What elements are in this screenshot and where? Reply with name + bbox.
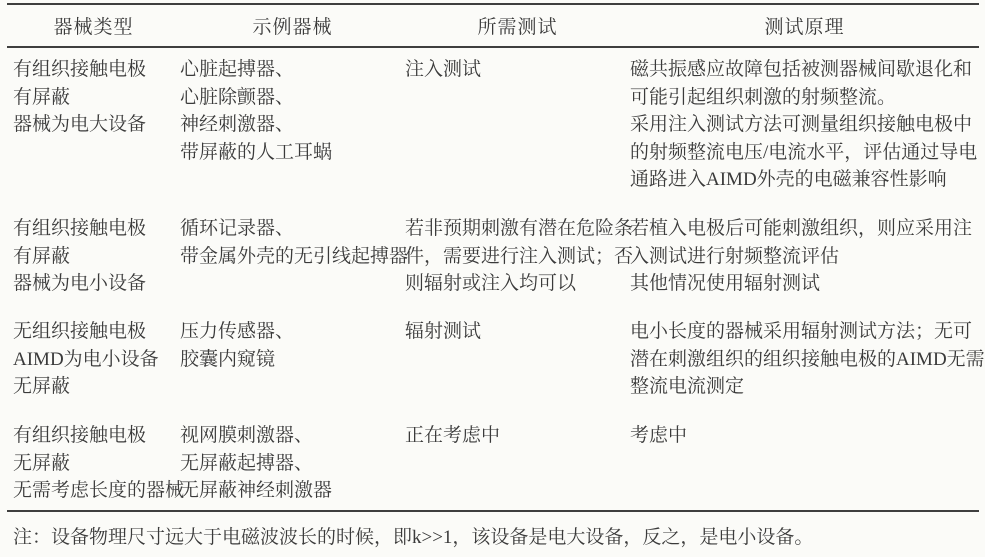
text-line: 无屏蔽起搏器、 [180, 450, 405, 478]
text-line: 无屏蔽神经刺激器 [180, 477, 405, 505]
text-line: 有组织接触电极 [13, 422, 180, 450]
text-line: 带屏蔽的人工耳蜗 [180, 139, 405, 167]
text-line: 正在考虑中 [405, 422, 630, 450]
header-device-type: 器械类型 [7, 12, 180, 39]
text-line: 若植入电极后可能刺激组织，则应采用注 [630, 215, 979, 243]
cell-required-test: 若非预期刺激有潜在危险条件，需要进行注入测试；否则辐射或注入均可以 [405, 215, 630, 308]
text-line: 通路进入AIMD外壳的电磁兼容性影响 [630, 166, 979, 194]
text-line: 注入测试 [405, 56, 630, 84]
text-line: 件，需要进行注入测试；否 [405, 243, 630, 271]
cell-examples: 心脏起搏器、心脏除颤器、神经刺激器、带屏蔽的人工耳蜗 [180, 56, 405, 205]
cell-required-test: 辐射测试 [405, 318, 630, 410]
text-line: 神经刺激器、 [180, 111, 405, 139]
text-line: 磁共振感应故障包括被测器械间歇退化和 [630, 56, 979, 84]
text-line: 器械为电小设备 [13, 270, 180, 298]
text-line: 视网膜刺激器、 [180, 422, 405, 450]
text-line: 若非预期刺激有潜在危险条 [405, 215, 630, 243]
text-line: 有组织接触电极 [13, 215, 180, 243]
text-line: 无组织接触电极 [13, 318, 180, 346]
text-line: 带金属外壳的无引线起搏器 [180, 243, 405, 271]
text-line: 有屏蔽 [13, 243, 180, 271]
cell-examples: 循环记录器、带金属外壳的无引线起搏器 [180, 215, 405, 308]
text-line: 辐射测试 [405, 318, 630, 346]
text-line: 采用注入测试方法可测量组织接触电极中 [630, 111, 979, 139]
cell-test-principle: 若植入电极后可能刺激组织，则应采用注入测试进行射频整流评估其他情况使用辐射测试 [630, 215, 979, 308]
cell-device-type: 有组织接触电极无屏蔽无需考虑长度的器械 [7, 422, 180, 510]
text-line: 则辐射或注入均可以 [405, 270, 630, 298]
text-line: 可能引起组织刺激的射频整流。 [630, 84, 979, 112]
text-line: 无屏蔽 [13, 373, 180, 401]
text-line: 有组织接触电极 [13, 56, 180, 84]
text-line: 入测试进行射频整流评估 [630, 243, 979, 271]
text-line: 电小长度的器械采用辐射测试方法；无可 [630, 318, 985, 346]
document-page: 器械类型 示例器械 所需测试 测试原理 有组织接触电极有屏蔽器械为电大设备 心脏… [0, 0, 985, 557]
cell-device-type: 无组织接触电极AIMD为电小设备无屏蔽 [7, 318, 180, 410]
text-line: 循环记录器、 [180, 215, 405, 243]
table-row: 无组织接触电极AIMD为电小设备无屏蔽 压力传感器、胶囊内窥镜 辐射测试 电小长… [7, 308, 979, 410]
text-line: 无屏蔽 [13, 450, 180, 478]
cell-device-type: 有组织接触电极有屏蔽器械为电大设备 [7, 56, 180, 205]
cell-required-test: 正在考虑中 [405, 422, 630, 510]
text-line: 有屏蔽 [13, 84, 180, 112]
test-requirements-table: 器械类型 示例器械 所需测试 测试原理 有组织接触电极有屏蔽器械为电大设备 心脏… [7, 3, 979, 512]
text-line: 潜在刺激组织的组织接触电极的AIMD无需 [630, 346, 985, 374]
text-line: 心脏除颤器、 [180, 84, 405, 112]
table-header-row: 器械类型 示例器械 所需测试 测试原理 [7, 5, 979, 48]
text-line: 整流电流测定 [630, 373, 985, 401]
text-line: 心脏起搏器、 [180, 56, 405, 84]
text-line: 无需考虑长度的器械 [13, 477, 180, 505]
text-line: 的射频整流电压/电流水平，评估通过导电 [630, 139, 979, 167]
text-line: 器械为电大设备 [13, 111, 180, 139]
cell-test-principle: 磁共振感应故障包括被测器械间歇退化和可能引起组织刺激的射频整流。采用注入测试方法… [630, 56, 979, 205]
table-row: 有组织接触电极有屏蔽器械为电大设备 心脏起搏器、心脏除颤器、神经刺激器、带屏蔽的… [7, 48, 979, 205]
table-row: 有组织接触电极无屏蔽无需考虑长度的器械 视网膜刺激器、无屏蔽起搏器、无屏蔽神经刺… [7, 410, 979, 510]
cell-test-principle: 考虑中 [630, 422, 979, 510]
cell-examples: 视网膜刺激器、无屏蔽起搏器、无屏蔽神经刺激器 [180, 422, 405, 510]
table-footnote: 注：设备物理尺寸远大于电磁波波长的时候，即k>>1，该设备是电大设备，反之，是电… [13, 524, 813, 551]
header-required-test: 所需测试 [405, 12, 630, 39]
text-line: AIMD为电小设备 [13, 346, 180, 374]
text-line: 其他情况使用辐射测试 [630, 270, 979, 298]
text-line: 胶囊内窥镜 [180, 346, 405, 374]
text-line: 考虑中 [630, 422, 979, 450]
table-row: 有组织接触电极有屏蔽器械为电小设备 循环记录器、带金属外壳的无引线起搏器 若非预… [7, 205, 979, 308]
text-line: 压力传感器、 [180, 318, 405, 346]
cell-required-test: 注入测试 [405, 56, 630, 205]
cell-test-principle: 电小长度的器械采用辐射测试方法；无可潜在刺激组织的组织接触电极的AIMD无需整流… [630, 318, 985, 410]
header-test-principle: 测试原理 [630, 12, 979, 39]
cell-device-type: 有组织接触电极有屏蔽器械为电小设备 [7, 215, 180, 308]
cell-examples: 压力传感器、胶囊内窥镜 [180, 318, 405, 410]
header-examples: 示例器械 [180, 12, 405, 39]
